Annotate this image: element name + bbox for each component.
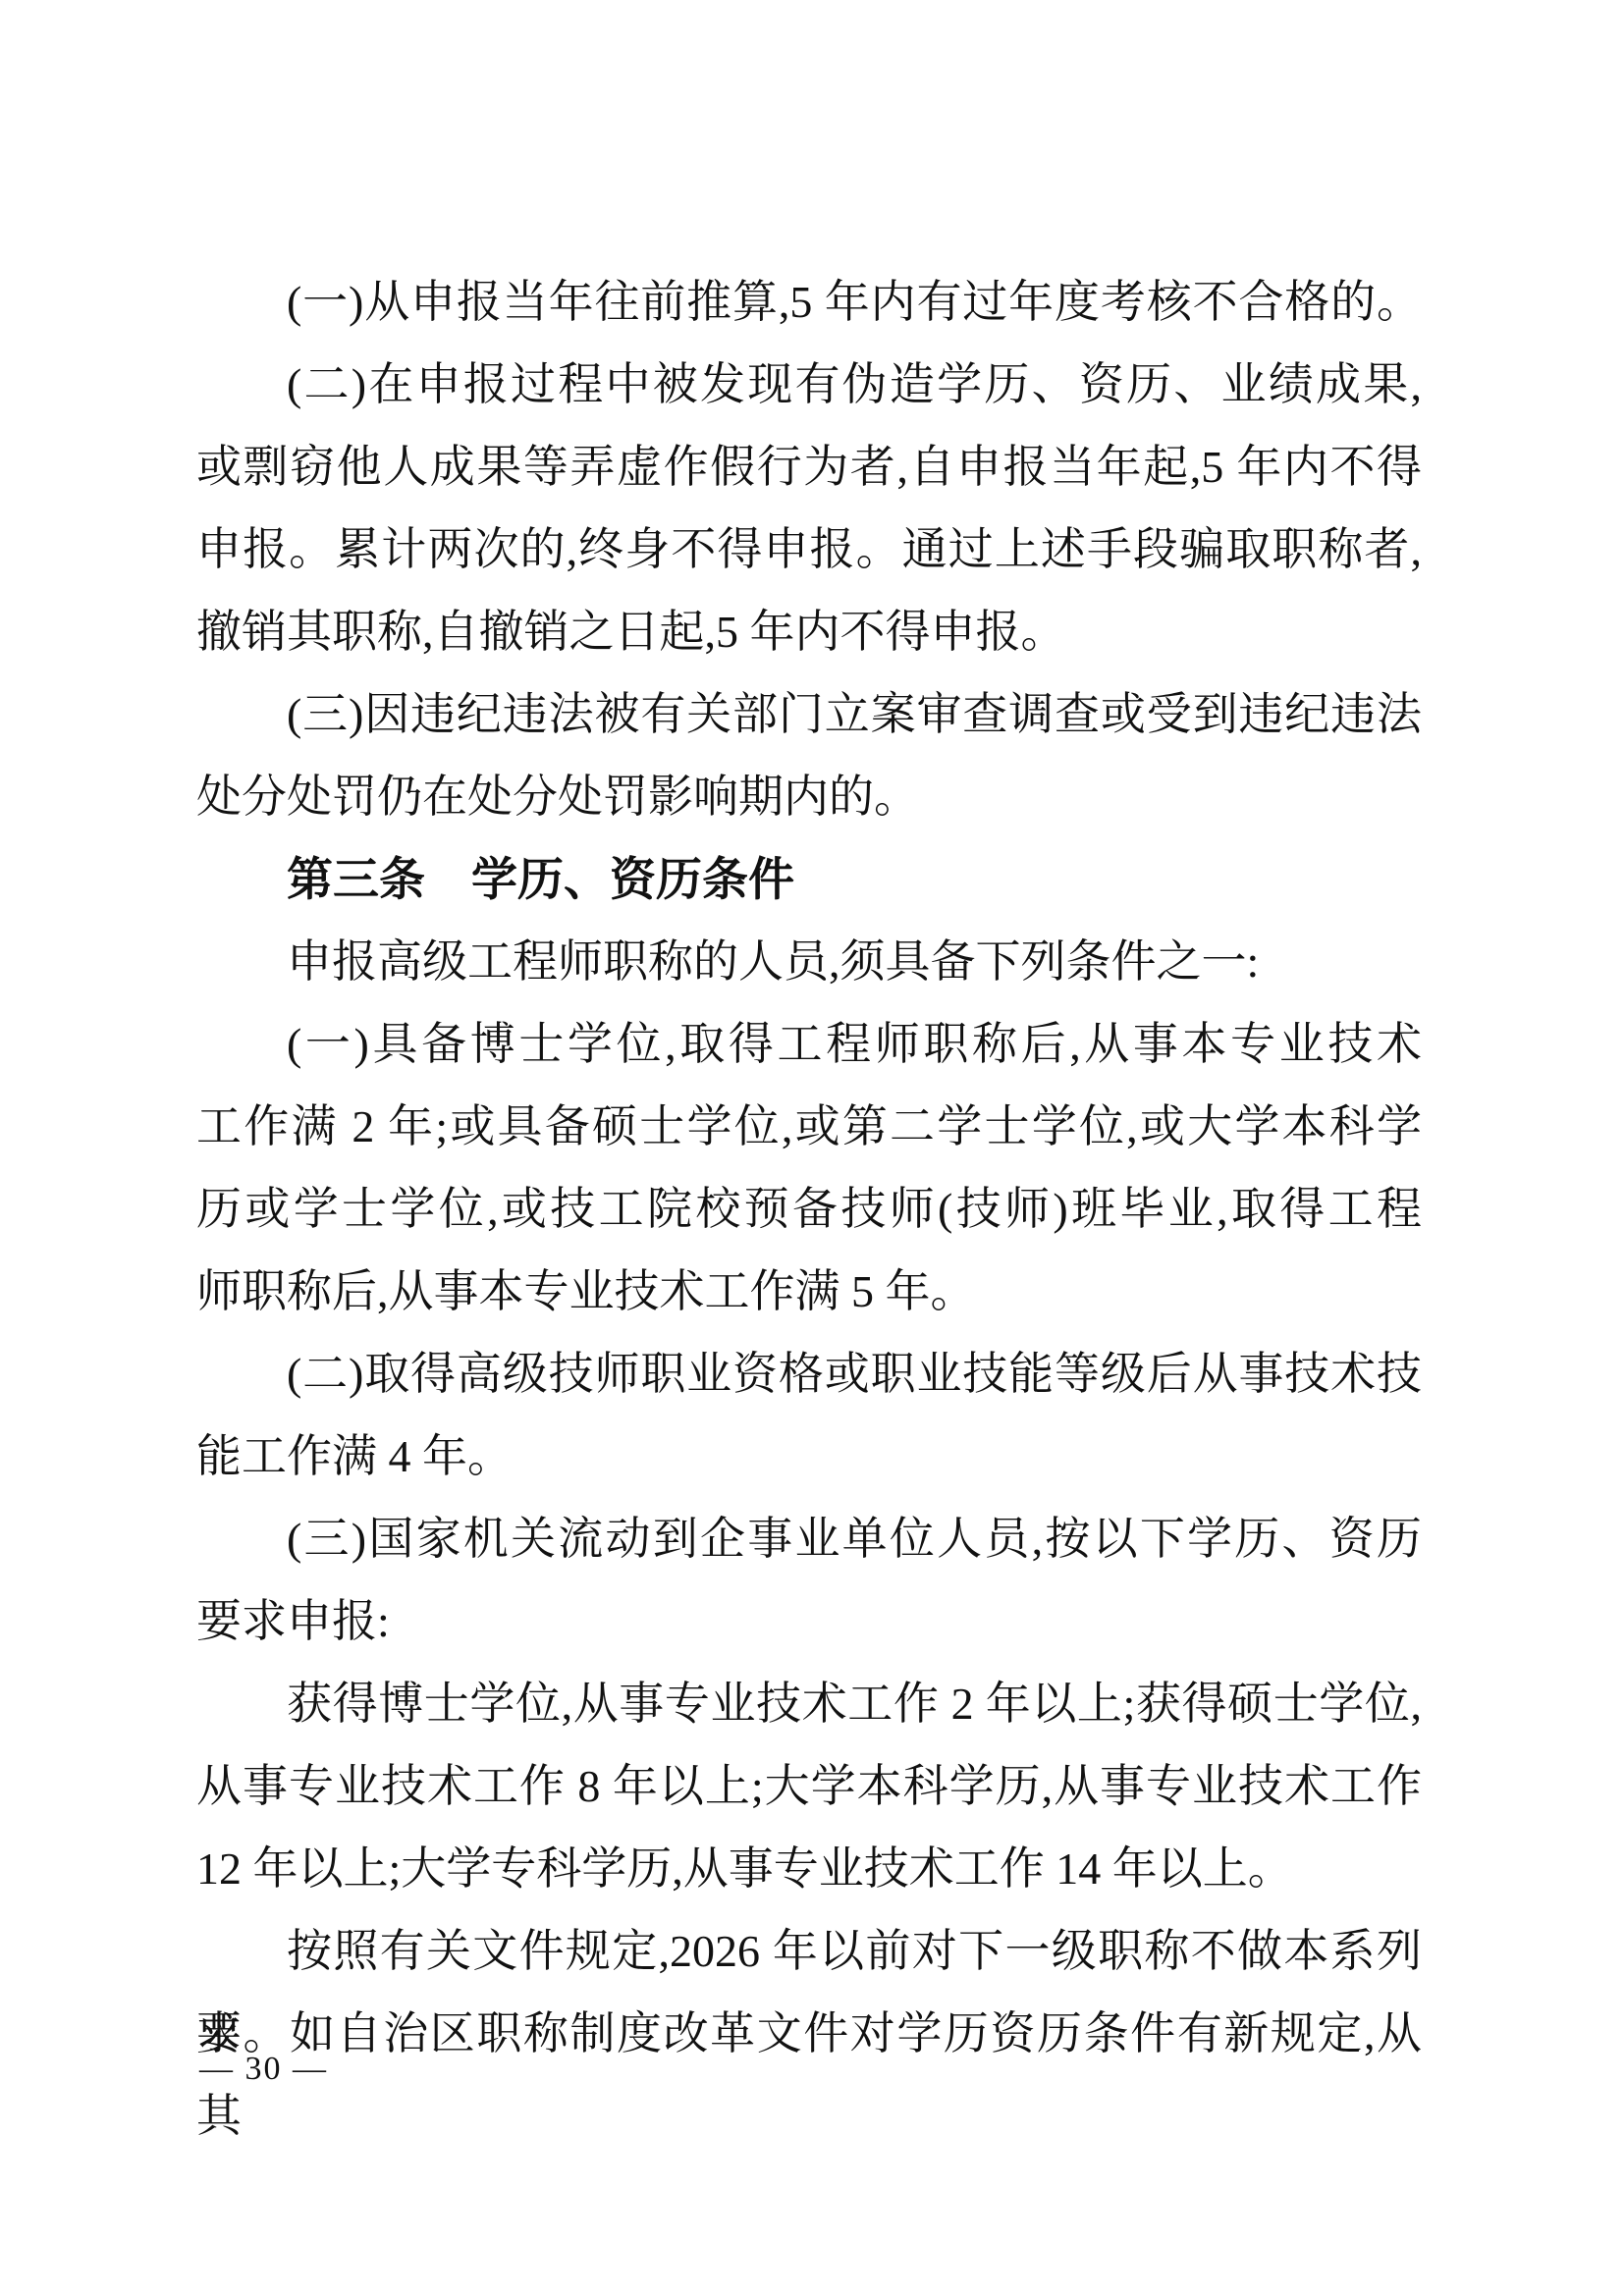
page-number: — 30 — — [199, 2050, 328, 2089]
text-line: 获得博士学位,从事专业技术工作 2 年以上;获得硕士学位, — [196, 1663, 1422, 1745]
text-line: 工作满 2 年;或具备硕士学位,或第二学士学位,或大学本科学 — [196, 1086, 1422, 1168]
text-line: 或剽窃他人成果等弄虚作假行为者,自申报当年起,5 年内不得 — [196, 426, 1422, 508]
text-line: (三)国家机关流动到企事业单位人员,按以下学历、资历 — [196, 1498, 1422, 1580]
text-line: 申报。累计两次的,终身不得申报。通过上述手段骗取职称者, — [196, 508, 1422, 591]
text-line: (三)因违纪违法被有关部门立案审查调查或受到违纪违法 — [196, 673, 1422, 756]
text-line: 处分处罚仍在处分处罚影响期内的。 — [196, 756, 1422, 838]
text-line: 历或学士学位,或技工院校预备技师(技师)班毕业,取得工程 — [196, 1168, 1422, 1251]
text-line: 申报高级工程师职称的人员,须具备下列条件之一: — [196, 921, 1422, 1003]
document-page: (一)从申报当年往前推算,5 年内有过年度考核不合格的。(二)在申报过程中被发现… — [0, 0, 1624, 2296]
text-line: (一)具备博士学位,取得工程师职称后,从事本专业技术 — [196, 1003, 1422, 1086]
text-line: (二)取得高级技师职业资格或职业技能等级后从事技术技 — [196, 1333, 1422, 1415]
text-line: 按照有关文件规定,2026 年以前对下一级职称不做本系列要 — [196, 1910, 1422, 1993]
text-line: 12 年以上;大学专科学历,从事专业技术工作 14 年以上。 — [196, 1828, 1422, 1910]
text-line: (二)在申报过程中被发现有伪造学历、资历、业绩成果, — [196, 344, 1422, 426]
text-line: 能工作满 4 年。 — [196, 1415, 1422, 1498]
section-heading: 第三条 学历、资历条件 — [196, 838, 1422, 921]
text-line: 撤销其职称,自撤销之日起,5 年内不得申报。 — [196, 591, 1422, 673]
text-line: 从事专业技术工作 8 年以上;大学本科学历,从事专业技术工作 — [196, 1745, 1422, 1828]
text-line: 师职称后,从事本专业技术工作满 5 年。 — [196, 1251, 1422, 1333]
text-line: 要求申报: — [196, 1580, 1422, 1663]
text-line: 求。如自治区职称制度改革文件对学历资历条件有新规定,从其 — [196, 1993, 1422, 2075]
text-line: (一)从申报当年往前推算,5 年内有过年度考核不合格的。 — [196, 261, 1422, 344]
document-content: (一)从申报当年往前推算,5 年内有过年度考核不合格的。(二)在申报过程中被发现… — [196, 261, 1422, 2075]
